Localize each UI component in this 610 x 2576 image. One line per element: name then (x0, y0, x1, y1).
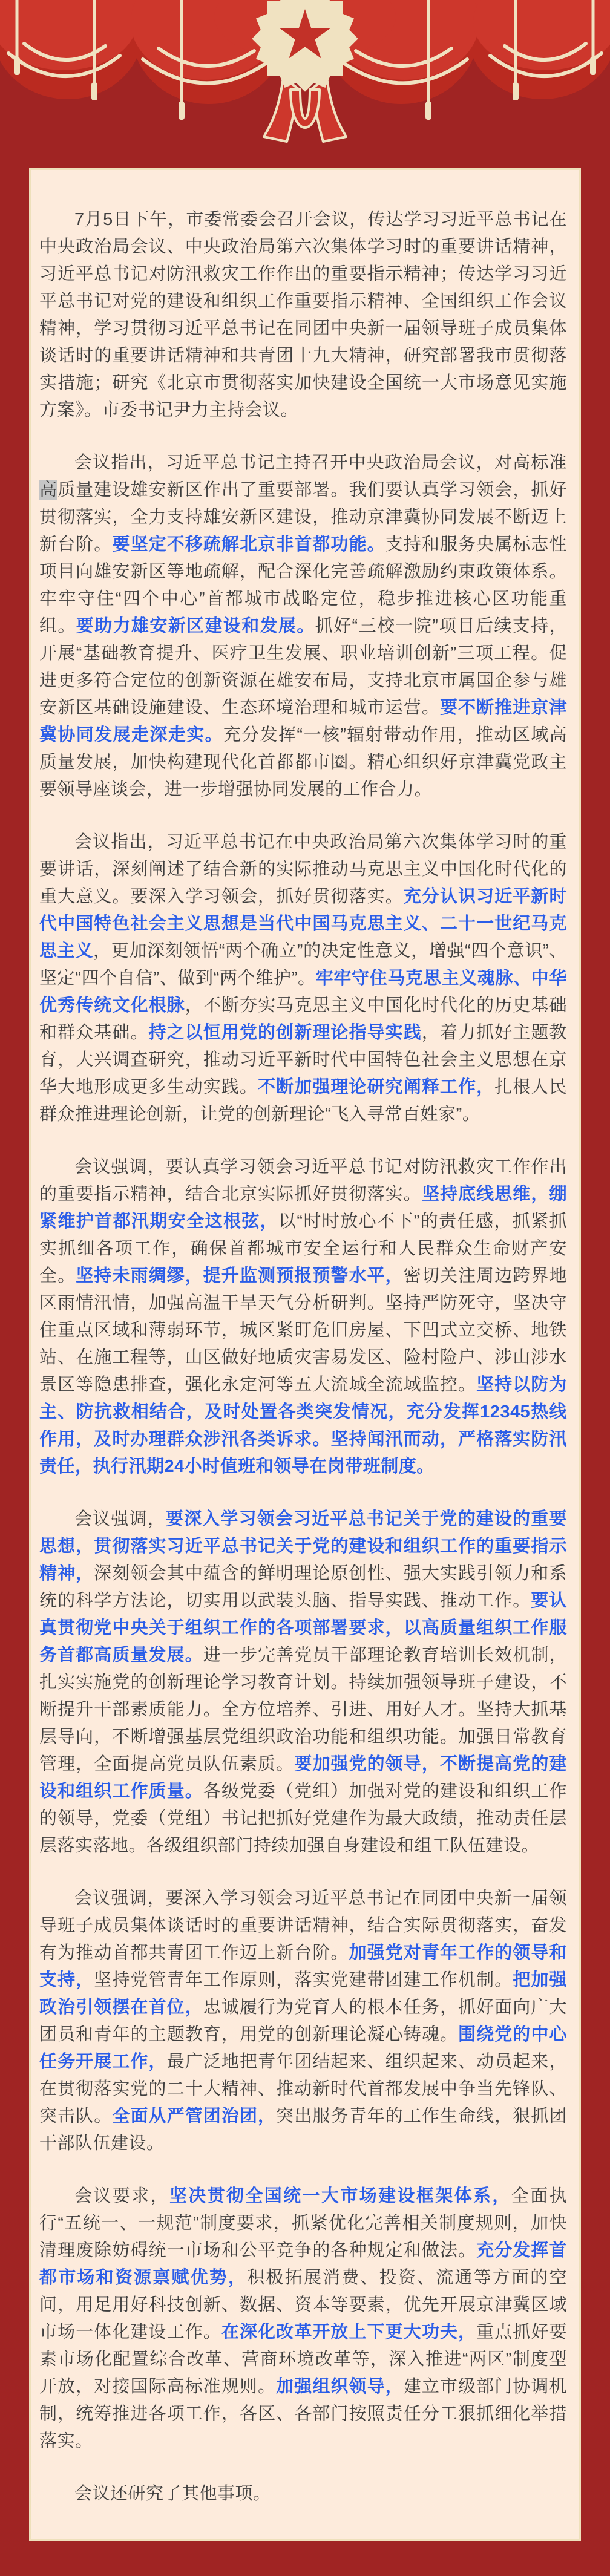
paragraph: 会议强调，要认真学习领会习近平总书记对防汛救灾工作作出的重要指示精神，结合北京实… (39, 1154, 567, 1480)
banner-curtain (0, 0, 610, 168)
paragraph: 会议强调，要深入学习领会习近平总书记在同团中央新一届领导班子成员集体谈话时的重要… (39, 1885, 567, 2157)
article-panel: 7月5日下午，市委常委会召开会议，传达学习习近平总书记在中央政治局会议、中央政治… (29, 168, 581, 2541)
body-text: 7月5日下午，市委常委会召开会议，传达学习习近平总书记在中央政治局会议、中央政治… (39, 210, 567, 420)
emphasis-text: 要助力雄安新区建设和发展。 (76, 616, 315, 636)
body-text: 会议指出，习近平总书记主持召开中央政治局会议，对高标准 (74, 453, 567, 472)
emphasis-text: 坚持未雨绸缪，提升监测预报预警水平， (76, 1266, 404, 1286)
emphasis-text: 加强组织领导， (276, 2377, 404, 2396)
emphasis-text: 要坚定不移疏解北京非首都功能。 (112, 535, 385, 554)
emphasis-text: 持之以恒用党的创新理论指导实践 (149, 1023, 422, 1042)
emphasis-text: 不断加强理论研究阐释工作， (258, 1077, 494, 1097)
emphasis-text: 坚决贯彻全国统一大市场建设框架体系， (169, 2186, 511, 2206)
paragraph: 会议指出，习近平总书记在中央政治局第六次集体学习时的重要讲话，深刻阐述了结合新的… (39, 829, 567, 1128)
paragraph: 会议还研究了其他事项。 (39, 2480, 567, 2508)
emphasis-text: 在深化改革开放上下更大功夫， (221, 2323, 476, 2342)
body-text: 会议还研究了其他事项。 (74, 2484, 271, 2503)
paragraph: 7月5日下午，市委常委会召开会议，传达学习习近平总书记在中央政治局会议、中央政治… (39, 206, 567, 424)
body-text: 深刻领会其中蕴含的鲜明理论原创性、强大实践引领力和系统的科学方法论，切实用以武装… (39, 1564, 567, 1610)
paragraph: 会议强调，要深入学习领会习近平总书记关于党的建设的重要思想，贯彻落实习近平总书记… (39, 1506, 567, 1860)
highlighted-text: 高 (39, 480, 57, 500)
paragraph: 会议指出，习近平总书记主持召开中央政治局会议，对高标准高质量建设雄安新区作出了重… (39, 449, 567, 803)
body-text: 会议强调， (74, 1509, 166, 1529)
emphasis-text: 全面从严管团治团， (112, 2107, 276, 2126)
paragraph: 会议要求，坚决贯彻全国统一大市场建设框架体系，全面执行“五统一、一规范”制度要求… (39, 2183, 567, 2455)
page: 7月5日下午，市委常委会召开会议，传达学习习近平总书记在中央政治局会议、中央政治… (0, 0, 610, 2541)
body-text: 会议要求， (74, 2186, 169, 2206)
body-text: 坚持党管青年工作原则，落实党建带团建工作机制。 (94, 1970, 513, 1990)
